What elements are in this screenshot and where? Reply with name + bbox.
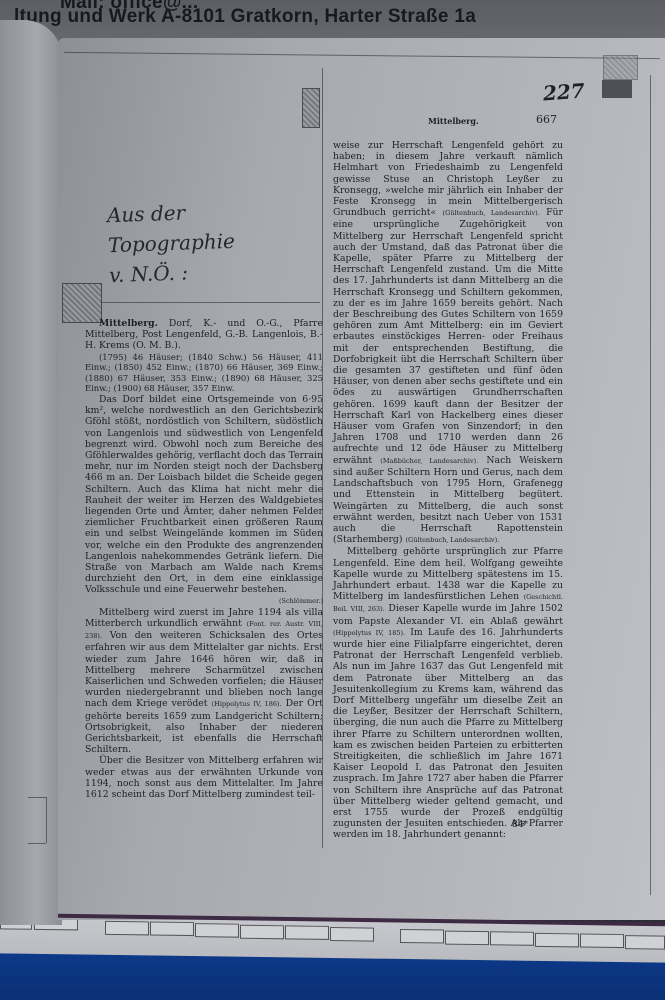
handwritten-line: v. N.Ö. :: [109, 256, 237, 290]
index-tab: [400, 929, 444, 944]
index-tab: [445, 931, 489, 946]
paragraph-geography: Das Dorf bildet eine Ortsgemeinde von 6·…: [85, 394, 323, 595]
running-head: Mittelberg.: [428, 116, 479, 126]
index-tab: [195, 923, 239, 938]
scan-corner-mark: [62, 283, 102, 323]
scan-border-left-top: [100, 302, 320, 303]
index-tab: [105, 921, 149, 936]
paragraph-ownership-end: Nach Weiskern sind außer Schiltern Horn …: [333, 455, 563, 545]
entry-heading: Mittelberg.: [99, 318, 158, 329]
handwritten-line: Aus der: [106, 196, 234, 230]
paragraph-ownership-cont: Für eine ursprüngliche Zugehörigkeit von…: [333, 207, 563, 465]
corner-bracket: [28, 797, 46, 798]
source-citation: (Schlömmer.): [265, 596, 323, 607]
corner-bracket: [28, 843, 46, 844]
archive-stamp: [602, 80, 632, 98]
handwritten-archive-number: 227: [542, 79, 585, 106]
right-text-column: weise zur Herrschaft Lengenfeld gehört z…: [333, 140, 563, 841]
scan-corner-mark: [603, 55, 638, 80]
reference-citation: (Hippolytus IV, 186).: [212, 700, 282, 708]
scan-corner-mark: [302, 88, 320, 128]
paragraph-owners: Über die Besitzer von Mittelberg erfahre…: [85, 755, 323, 800]
index-tab: [150, 921, 194, 936]
index-tab: [490, 931, 534, 946]
index-tab: [625, 935, 665, 950]
envelope-address-line-2: ltung und Werk A-8101 Gratkorn, Harter S…: [14, 6, 476, 28]
reference-citation: (Gültenbuch, Landesarchiv).: [405, 536, 499, 544]
reference-citation: (Gültenbuch, Landesarchiv).: [443, 209, 540, 217]
left-page-curl: [0, 20, 62, 925]
scan-border-right: [650, 75, 651, 895]
handwritten-line: Topographie: [108, 226, 236, 260]
index-tab: [580, 933, 624, 948]
printer-signature-mark: 84*: [512, 820, 528, 830]
reference-citation: (Maßbücher, Landesarchiv).: [380, 457, 478, 465]
index-tab: [535, 933, 579, 948]
corner-bracket: [46, 797, 47, 843]
index-tab: [285, 925, 329, 940]
handwritten-source-note: Aus der Topographie v. N.Ö. :: [106, 196, 236, 290]
paragraph-parish-end: Im Laufe des 16. Jahrhunderts wurde hier…: [333, 627, 563, 841]
index-tab: [330, 927, 374, 942]
page-number: 667: [536, 113, 557, 126]
left-text-column: Mittelberg. Dorf, K.- und O.-G., Pfarre …: [85, 318, 323, 800]
index-tab: [240, 925, 284, 940]
reference-citation: (Hippolytus IV, 185).: [333, 629, 405, 637]
population-statistics: (1795) 46 Häuser; (1840 Schw.) 56 Häuser…: [85, 352, 323, 394]
paragraph-ownership: weise zur Herrschaft Lengenfeld gehört z…: [333, 140, 563, 218]
